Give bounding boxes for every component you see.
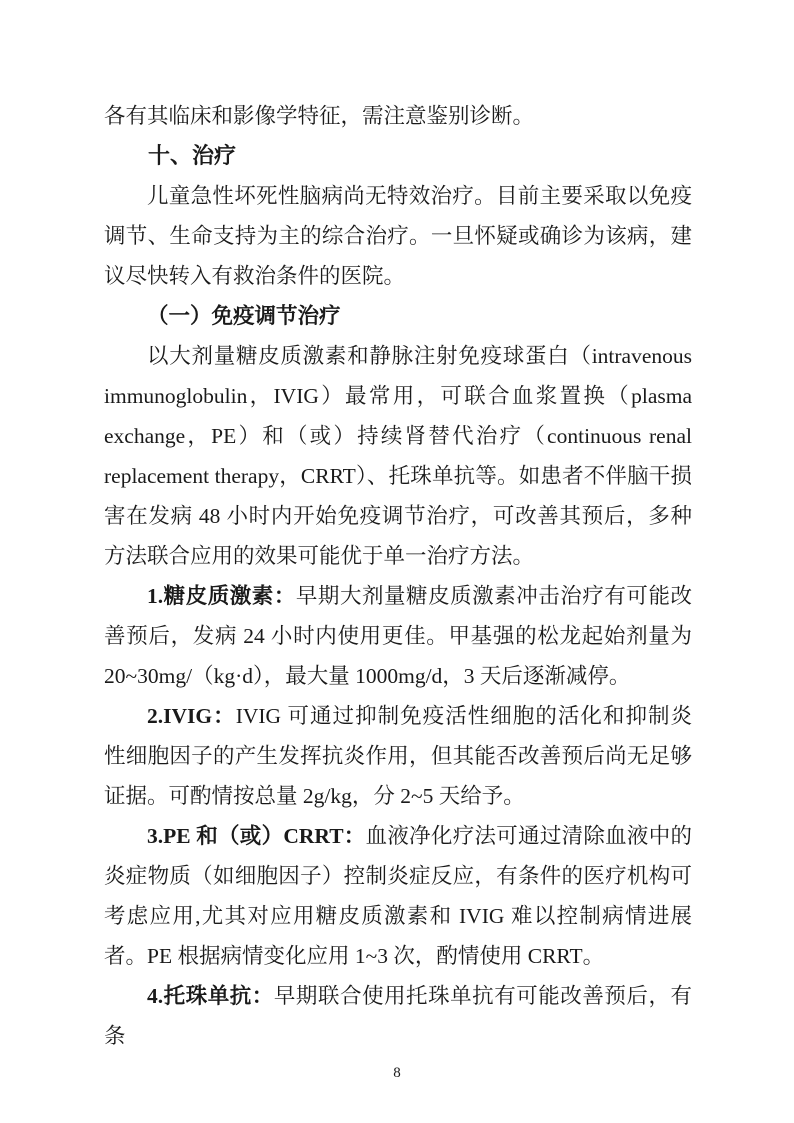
continuation-paragraph: 各有其临床和影像学特征，需注意鉴别诊断。 (104, 96, 692, 136)
paragraph-pe-crrt: 3.PE 和（或）CRRT：血液净化疗法可通过清除血液中的炎症物质（如细胞因子）… (104, 816, 692, 976)
subsection-heading-immunomodulation: （一）免疫调节治疗 (104, 296, 692, 336)
paragraph-glucocorticoid: 1.糖皮质激素：早期大剂量糖皮质激素冲击治疗有可能改善预后，发病 24 小时内使… (104, 576, 692, 696)
text-run: 各有其临床和影像学特征，需注意鉴别诊断。 (104, 104, 534, 128)
bold-text-run: 3.PE 和（或）CRRT： (147, 824, 366, 848)
text-run: 以大剂量糖皮质激素和静脉注射免疫球蛋白（intravenous immunogl… (104, 344, 692, 568)
bold-text-run: 十、治疗 (148, 143, 236, 168)
paragraph-tocilizumab: 4.托珠单抗：早期联合使用托珠单抗有可能改善预后，有条 (104, 976, 692, 1056)
paragraph-treatment-overview: 儿童急性坏死性脑病尚无特效治疗。目前主要采取以免疫调节、生命支持为主的综合治疗。… (104, 176, 692, 296)
document-page: 各有其临床和影像学特征，需注意鉴别诊断。十、治疗儿童急性坏死性脑病尚无特效治疗。… (0, 0, 794, 1123)
paragraph-immunomodulation-overview: 以大剂量糖皮质激素和静脉注射免疫球蛋白（intravenous immunogl… (104, 336, 692, 576)
paragraph-ivig: 2.IVIG：IVIG 可通过抑制免疫活性细胞的活化和抑制炎性细胞因子的产生发挥… (104, 696, 692, 816)
bold-text-run: 4.托珠单抗： (147, 984, 274, 1008)
section-heading-treatment: 十、治疗 (104, 136, 692, 176)
document-content: 各有其临床和影像学特征，需注意鉴别诊断。十、治疗儿童急性坏死性脑病尚无特效治疗。… (104, 96, 692, 1056)
page-footer: 8 (0, 1064, 794, 1082)
text-run: 儿童急性坏死性脑病尚无特效治疗。目前主要采取以免疫调节、生命支持为主的综合治疗。… (104, 184, 692, 288)
bold-text-run: （一）免疫调节治疗 (147, 304, 341, 328)
page-number: 8 (393, 1065, 401, 1081)
bold-text-run: 1.糖皮质激素： (147, 584, 296, 608)
bold-text-run: 2.IVIG： (147, 704, 236, 728)
